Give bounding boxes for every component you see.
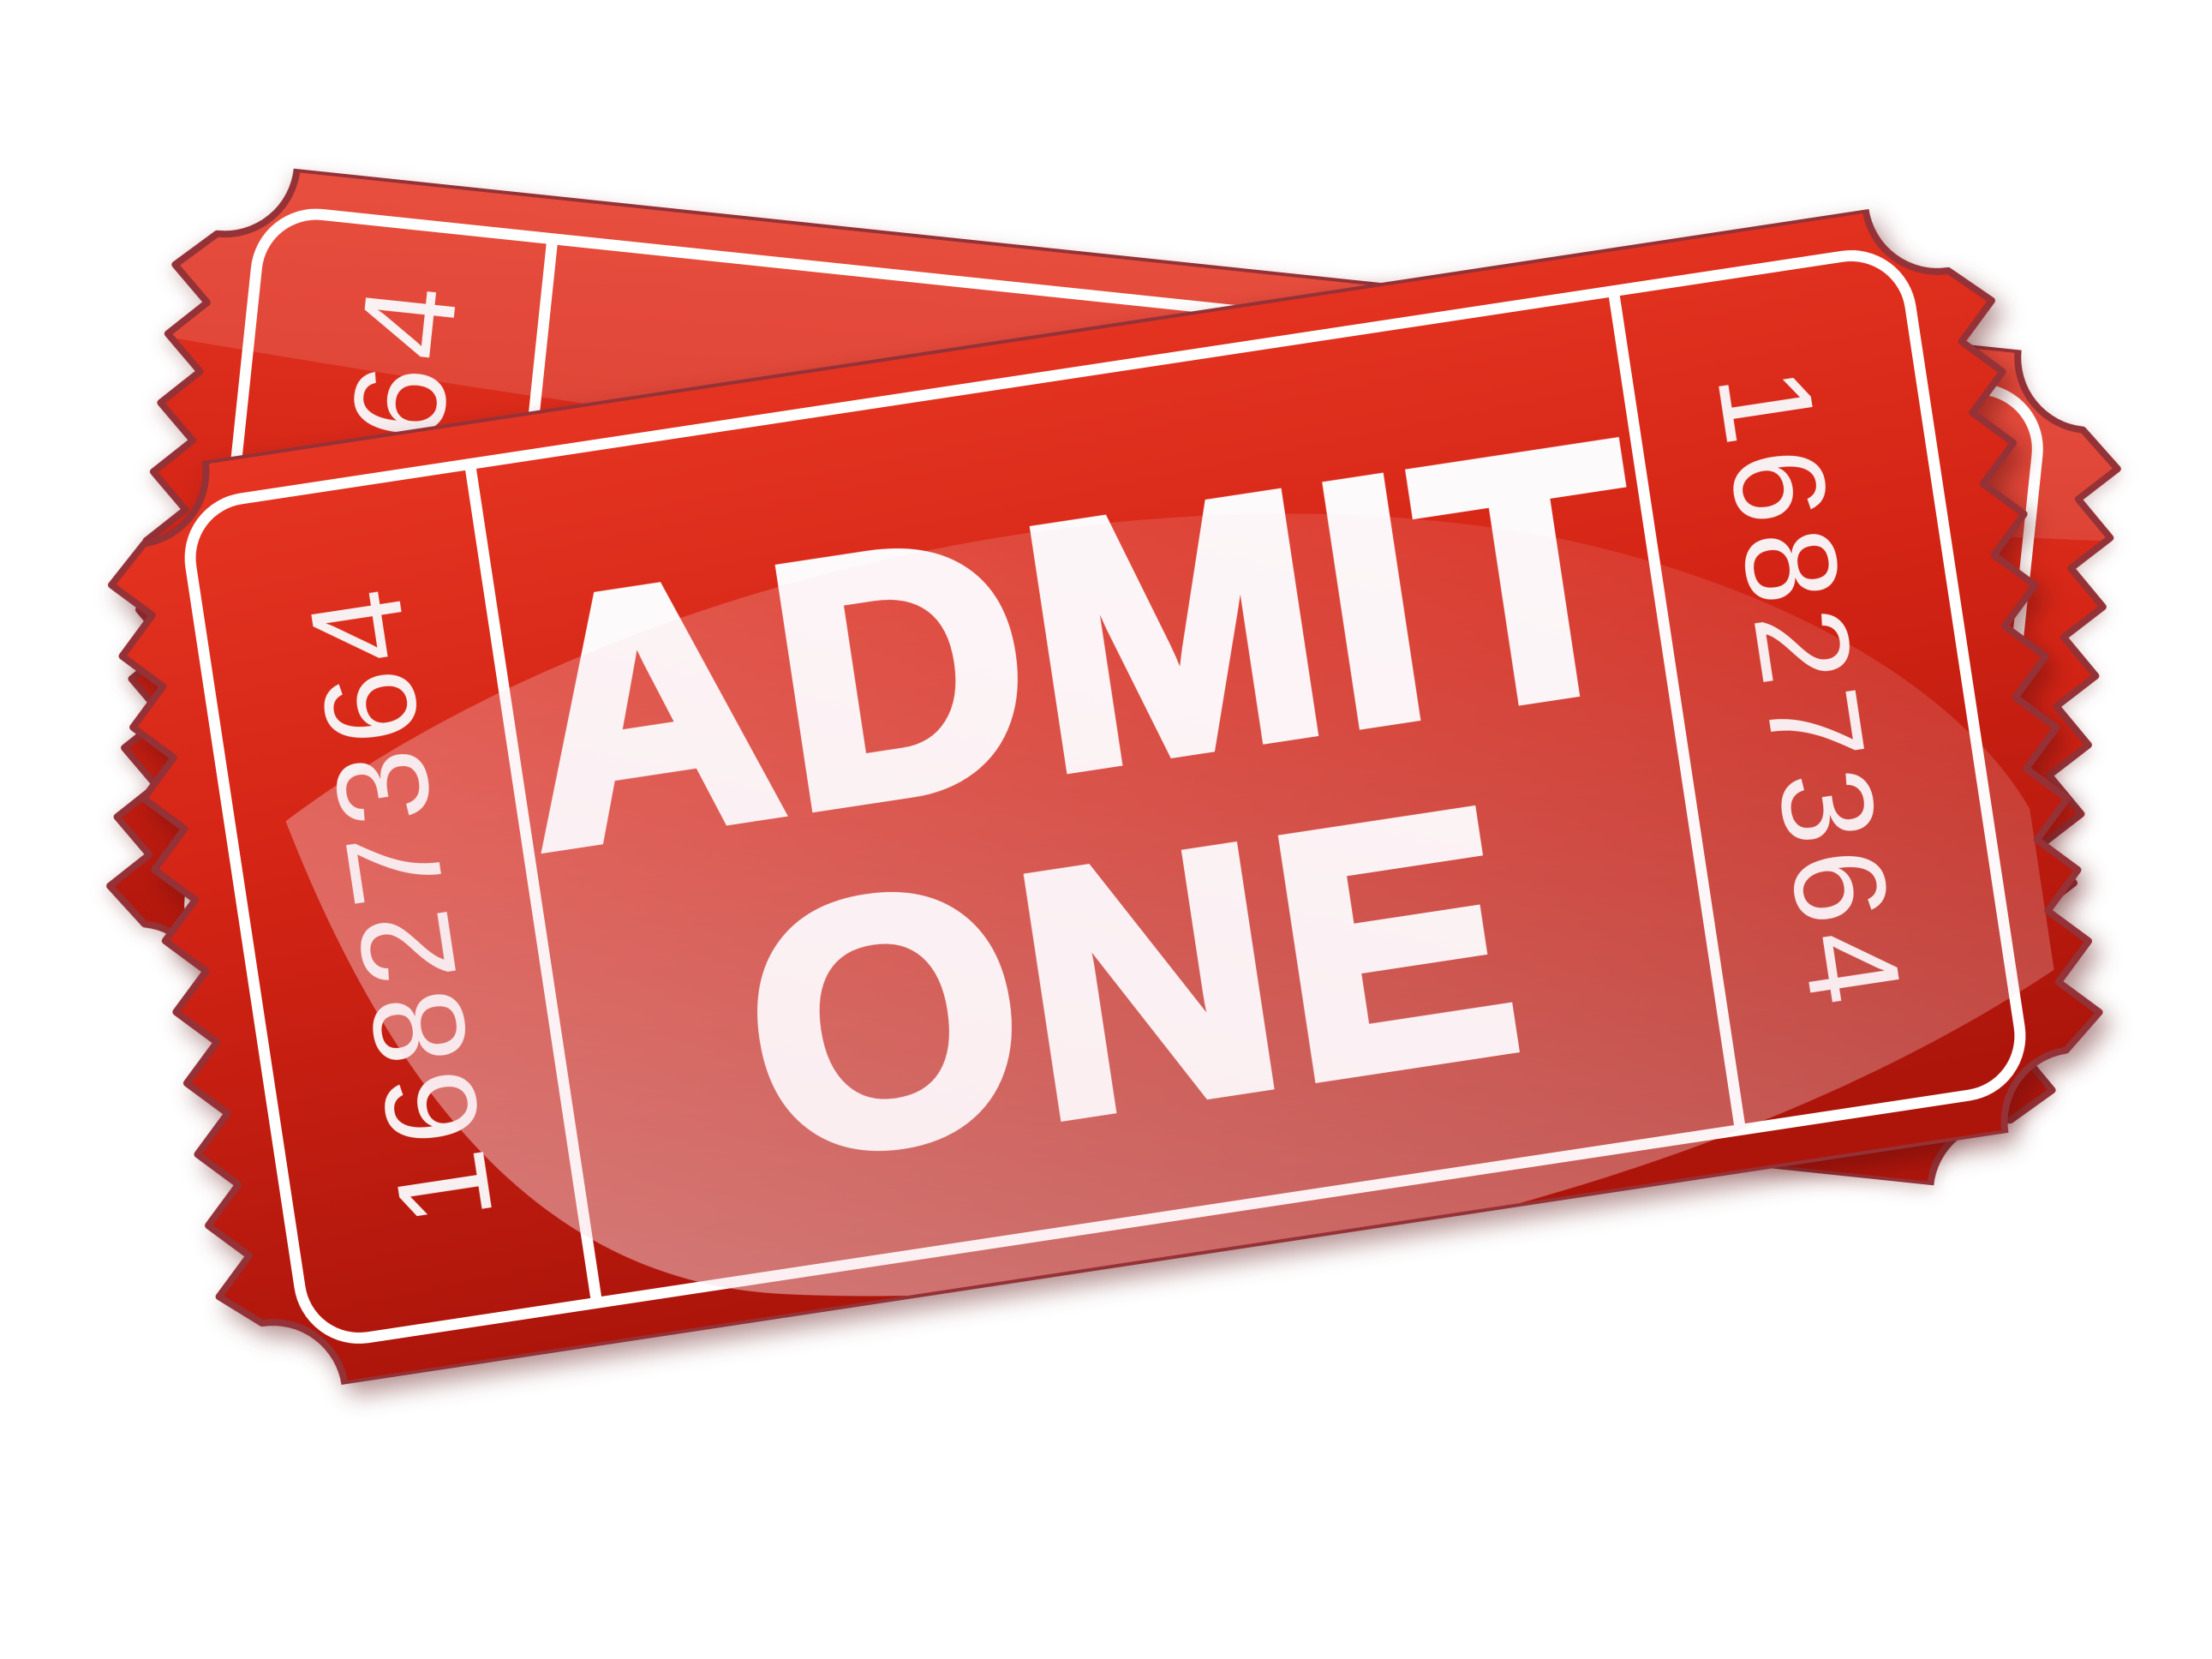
tickets-illustration: 16827364 16827364 (0, 0, 2212, 1659)
